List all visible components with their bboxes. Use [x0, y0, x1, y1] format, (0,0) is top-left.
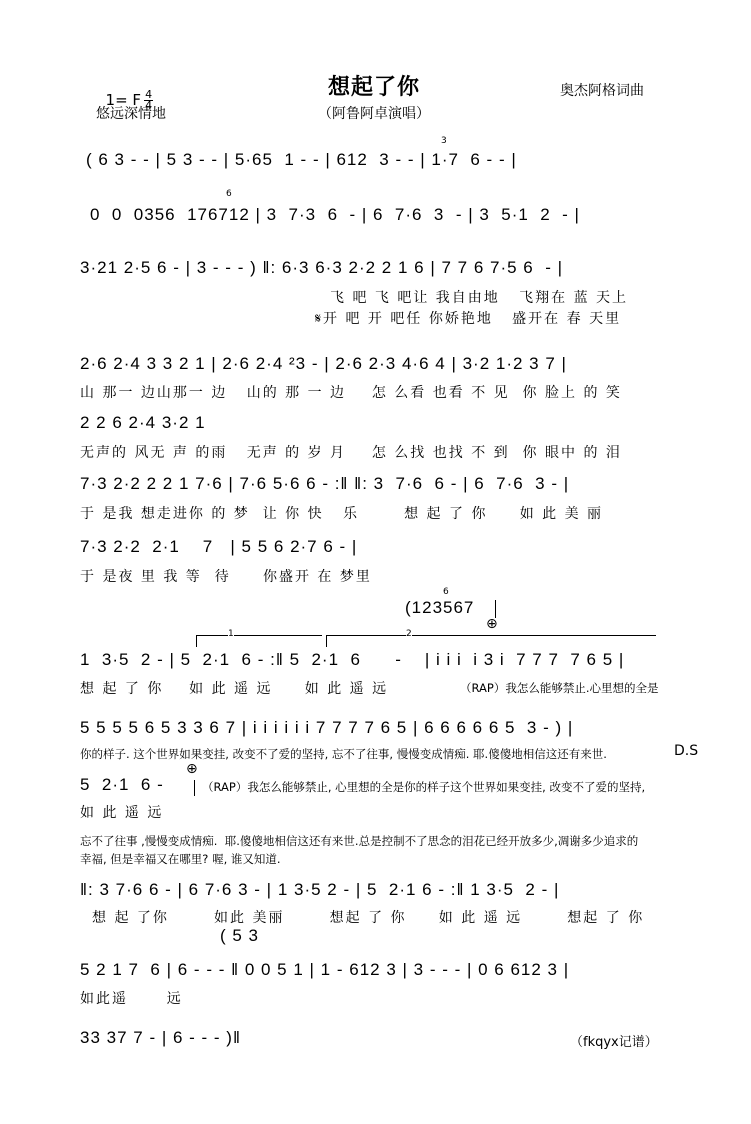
score-line-4: 2·6 2·4 3 3 2 1 | 2·6 2·4 ²3 - | 2·6 2·3… — [80, 354, 567, 374]
performer: （阿鲁阿卓演唱） — [318, 103, 430, 123]
coda-sign-icon-2: ⊕ — [186, 761, 198, 777]
score-line-13: 33 37 7 - | 6 - - - )‖ — [80, 1028, 241, 1048]
composer-credit: 奥杰阿格词曲 — [560, 80, 644, 100]
lyrics-line-8: 想 起 了 你 如 此 遥 远 如 此 遥 远 — [80, 678, 388, 698]
score-line-9: 5 5 5 5 6 5 3 3 6 7 | i i i i i i 7 7 7 … — [80, 718, 573, 738]
intro-tuplet-mark: 6 — [443, 587, 449, 597]
lyrics-line-12: 如此遥 远 — [80, 988, 183, 1008]
rap-line-10: （RAP）我怎么能够禁止, 心里想的全是你的样子这个世界如果变挂, 改变不了爱的… — [202, 779, 645, 795]
volta-1-left — [196, 635, 197, 647]
intro-phrase: (123567 — [405, 598, 474, 618]
volta-1-bracket — [196, 635, 322, 636]
lyrics-line-4: 山 那一 边山那一 边 山的 那 一 边 怎 么看 也看 不 见 你 脸上 的 … — [80, 382, 622, 402]
score-line-2: 0 0 0356 176712 | 3 7·3 6 - | 6 7·6 3 - … — [90, 205, 580, 225]
coda-sign-icon: ⊕ — [486, 616, 498, 632]
line10-barline — [194, 780, 195, 796]
rap-line-8: （RAP）我怎么能够禁止.心里想的全是 — [460, 680, 658, 696]
song-title: 想起了你 — [328, 70, 420, 101]
tempo-marking: 悠远深情地 — [96, 103, 166, 123]
score-line-8: 1 3·5 2 - | 5 2·1 6 - :‖ 5 2·1 6 - | i i… — [80, 650, 624, 670]
rap-paragraph-1: 忘不了往事 ,慢慢变成情痴. 耶.傻傻地相信这还有来世.总是控制不了思念的泪花已… — [80, 833, 638, 849]
lyrics-line-7: 于 是夜 里 我 等 待 你盛开 在 梦里 — [80, 566, 372, 586]
score-line-12: 5 2 1 7 6 | 6 - - - ‖ 0 0 5 1 | 1 - 612 … — [80, 960, 569, 980]
lyrics-line-11: 想 起 了你 如此 美丽 想起 了 你 如 此 遥 远 想起 了 你 — [92, 907, 644, 927]
rap-line-9: 你的样子. 这个世界如果变挂, 改变不了爱的坚持, 忘不了往事, 慢慢变成情痴.… — [80, 746, 607, 762]
score-line-5: 2 2 6 2·4 3·2 1 — [80, 413, 206, 433]
score-line-11: ‖: 3 7·6 6 - | 6 7·6 3 - | 1 3·5 2 - | 5… — [80, 880, 559, 900]
volta-1-label: 1 — [228, 629, 234, 639]
score-line-10: 5 2·1 6 - — [80, 775, 164, 795]
lyrics-line-3b: 𝄋开 吧 开 吧任 你娇艳地 盛开在 春 天里 — [315, 308, 621, 328]
lyrics-line-10: 如 此 遥 远 — [80, 802, 163, 822]
score-line-1: ( 6 3 - - | 5 3 - - | 5·65 1 - - | 612 3… — [86, 150, 517, 170]
lyrics-line-3a: 飞 吧 飞 吧让 我自由地 飞翔在 蓝 天上 — [330, 287, 628, 307]
sextuplet-mark: 6 — [226, 189, 232, 199]
score-line-6: 7·3 2·2 2 2 1 7·6 | 7·6 5·6 6 - :‖ ‖: 3 … — [80, 474, 569, 494]
rap-paragraph-2: 幸福, 但是幸福又在哪里? 喔, 谁又知道. — [80, 851, 281, 867]
lyrics-line-5: 无声的 风无 声 的雨 无声 的 岁 月 怎 么找 也找 不 到 你 眼中 的 … — [80, 442, 622, 462]
transcriber-credit: （fkqyx记谱） — [570, 1031, 658, 1050]
score-line-11-sub: ( 5 3 — [220, 926, 259, 946]
dal-segno: D.S — [674, 743, 698, 759]
volta-2-left — [326, 635, 327, 647]
volta-2-label: 2 — [406, 629, 412, 639]
lyrics-line-6: 于 是我 想走进你 的 梦 让 你 快 乐 想 起 了 你 如 此 美 丽 — [80, 503, 603, 523]
triplet-mark: 3 — [441, 136, 447, 146]
volta-2-bracket — [326, 635, 656, 636]
score-line-3: 3·21 2·5 6 - | 3 - - - ) ‖: 6·3 6·3 2·2 … — [80, 258, 563, 278]
score-line-7: 7·3 2·2 2·1 7 | 5 5 6 2·7 6 - | — [80, 537, 357, 557]
